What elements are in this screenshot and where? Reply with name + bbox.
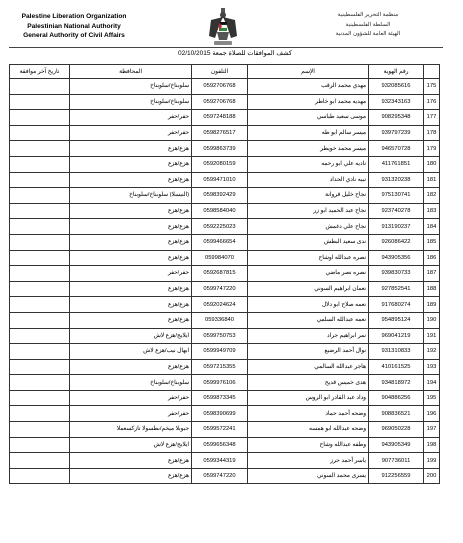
row-number-cell: 177	[424, 110, 440, 126]
phone-number-cell: 0599747220	[192, 468, 248, 484]
id-number-cell: 931320238	[369, 172, 424, 188]
table-row: 199907736011ياسر أحمد حرز0599344319هزع/ه…	[10, 453, 440, 469]
table-row: 177908295348موسى سعيد طباسي0597248188حفر…	[10, 110, 440, 126]
governorate-cell: هزع/هزع	[70, 250, 192, 266]
row-number-cell: 175	[424, 79, 440, 95]
id-number-cell: 954895124	[369, 312, 424, 328]
phone-number-cell: 0599750753	[192, 328, 248, 344]
table-row: 191969041219نمر ابراهيم جراد0599750753اي…	[10, 328, 440, 344]
row-number-cell: 176	[424, 94, 440, 110]
governorate-cell: جبوبلا ميخم/ىطسولا تازكسعملا	[70, 422, 192, 438]
governorate-cell: ابهال نيب/هزع لاش	[70, 344, 192, 360]
phone-number-cell: 0599471010	[192, 172, 248, 188]
governorate-cell: هزع/هزع	[70, 297, 192, 313]
governorate-cell: حفر/حفر	[70, 266, 192, 282]
phone-number-cell: 0599466654	[192, 234, 248, 250]
id-number-cell: 943905356	[369, 250, 424, 266]
governorate-cell: هزع/هزع	[70, 359, 192, 375]
id-number-cell: 931310833	[369, 344, 424, 360]
header-divider	[9, 47, 443, 48]
person-name-cell: يسرى محمد السوني	[248, 468, 369, 484]
governorate-cell: هزع/هزع	[70, 203, 192, 219]
table-row: 186943905356نصره عبدالله اوشاح059984070ه…	[10, 250, 440, 266]
row-number-cell: 196	[424, 406, 440, 422]
row-number-cell: 192	[424, 344, 440, 360]
governorate-cell: هزع/هزع	[70, 141, 192, 157]
person-name-cell: نعمان ابراهيم السوني	[248, 281, 369, 297]
last-approval-date-cell	[10, 266, 70, 282]
person-name-cell: نجاح خليل قروانة	[248, 188, 369, 204]
person-name-cell: نعمه عبدالله السلمي	[248, 312, 369, 328]
governorate-cell: حفر/حفر	[70, 125, 192, 141]
phone-number-cell: 059336840	[192, 312, 248, 328]
table-row: 194934818972هدى خميس قديح0599976106سلوبن…	[10, 375, 440, 391]
row-number-cell: 188	[424, 281, 440, 297]
person-name-cell: مهديه محمد ابو خاطر	[248, 94, 369, 110]
table-row: 195904886256وداد عبد القادر ابو الروس059…	[10, 390, 440, 406]
last-approval-date-cell	[10, 375, 70, 391]
person-name-cell: موسى سعيد طباسي	[248, 110, 369, 126]
phone-number-cell: 0597215355	[192, 359, 248, 375]
row-number-cell: 178	[424, 125, 440, 141]
phone-number-cell: 0598584040	[192, 203, 248, 219]
phone-number-cell: 0598390699	[192, 406, 248, 422]
phone-number-cell: 0592687815	[192, 266, 248, 282]
person-name-cell: هاجر عبدالله السالمي	[248, 359, 369, 375]
header-phone: التلفون	[192, 65, 248, 79]
row-number-cell: 180	[424, 156, 440, 172]
id-number-cell: 932085616	[369, 79, 424, 95]
row-number-cell: 190	[424, 312, 440, 328]
governorate-cell: حفر/حفر	[70, 406, 192, 422]
id-number-cell: 969041219	[369, 328, 424, 344]
last-approval-date-cell	[10, 359, 70, 375]
id-number-cell: 934818972	[369, 375, 424, 391]
id-number-cell: 411761851	[369, 156, 424, 172]
table-row: 185926086422ندى سعيد البطش0599466654هزع/…	[10, 234, 440, 250]
row-number-cell: 184	[424, 219, 440, 235]
org-name-gaca: General Authority of Civil Affairs	[14, 31, 134, 41]
row-number-cell: 193	[424, 359, 440, 375]
last-approval-date-cell	[10, 390, 70, 406]
id-number-cell: 904886256	[369, 390, 424, 406]
last-approval-date-cell	[10, 297, 70, 313]
governorate-cell: (النيسلا) سلوبناخ/سلوبناخ	[70, 188, 192, 204]
governorate-cell: هزع/هزع	[70, 219, 192, 235]
governorate-cell: هزع/هزع	[70, 312, 192, 328]
table-row: 181931320238نبيه نادي الحداد0599471010هز…	[10, 172, 440, 188]
last-approval-date-cell	[10, 125, 70, 141]
row-number-cell: 189	[424, 297, 440, 313]
person-name-cell: نمر ابراهيم جراد	[248, 328, 369, 344]
governorate-cell: ايلايج/هزع لاش	[70, 437, 192, 453]
id-number-cell: 908295348	[369, 110, 424, 126]
table-row: 183923740278نجاح عبد الحميد ابو زر059858…	[10, 203, 440, 219]
header-last-approval-date: تاريخ آخر موافقة	[10, 65, 70, 79]
table-row: 188927852541نعمان ابراهيم السوني05997472…	[10, 281, 440, 297]
governorate-cell: هزع/هزع	[70, 453, 192, 469]
governorate-cell: هزع/هزع	[70, 468, 192, 484]
phone-number-cell: 0592225023	[192, 219, 248, 235]
governorate-cell: حفر/حفر	[70, 390, 192, 406]
document-subtitle: كشف الموافقات للصلاة جمعة 02/10/2015	[100, 49, 370, 57]
letterhead-arabic: منظمة التحرير الفلسطينية السلطة الفلسطين…	[323, 11, 413, 40]
row-number-cell: 198	[424, 437, 440, 453]
letterhead-english: Palestine Liberation Organization Palest…	[14, 12, 134, 41]
person-name-cell: وضحه عبدالله ابو همسه	[248, 422, 369, 438]
governorate-cell: ايلايج/هزع لاش	[70, 328, 192, 344]
row-number-cell: 191	[424, 328, 440, 344]
person-name-cell: ناديه علي ابو رحمه	[248, 156, 369, 172]
phone-number-cell: 0599949709	[192, 344, 248, 360]
last-approval-date-cell	[10, 281, 70, 297]
org-name-plo: Palestine Liberation Organization	[14, 12, 134, 22]
governorate-cell: هزع/هزع	[70, 281, 192, 297]
person-name-cell: ميسر محمد خويطر	[248, 141, 369, 157]
last-approval-date-cell	[10, 250, 70, 266]
last-approval-date-cell	[10, 312, 70, 328]
org-name-pna-ar: السلطة الفلسطينية	[323, 21, 413, 31]
table-row: 187939830733نصره نصر ماضي0592687815حفر/ح…	[10, 266, 440, 282]
last-approval-date-cell	[10, 141, 70, 157]
person-name-cell: وضحه أحمد حماد	[248, 406, 369, 422]
id-number-cell: 939830733	[369, 266, 424, 282]
person-name-cell: ميسر سالم ابو طه	[248, 125, 369, 141]
table-row: 193410161525هاجر عبدالله السالمي05972153…	[10, 359, 440, 375]
last-approval-date-cell	[10, 344, 70, 360]
person-name-cell: ندى سعيد البطش	[248, 234, 369, 250]
table-row: 178939797239ميسر سالم ابو طه0598276517حف…	[10, 125, 440, 141]
table-row: 196908836521وضحه أحمد حماد0598390699حفر/…	[10, 406, 440, 422]
table-row: 189917680274نعمه صلاح ابو دلال0592024624…	[10, 297, 440, 313]
table-row: 175932085616مهدي محمد الرقب0592706768سلو…	[10, 79, 440, 95]
person-name-cell: هدى خميس قديح	[248, 375, 369, 391]
last-approval-date-cell	[10, 203, 70, 219]
person-name-cell: نصره عبدالله اوشاح	[248, 250, 369, 266]
org-name-gaca-ar: الهيئة العامة للشؤون المدنية	[323, 30, 413, 40]
phone-number-cell: 0599747220	[192, 281, 248, 297]
id-number-cell: 943905349	[369, 437, 424, 453]
id-number-cell: 907736011	[369, 453, 424, 469]
person-name-cell: نجاح علي دغمش	[248, 219, 369, 235]
header-governorate: المحافظة	[70, 65, 192, 79]
phone-number-cell: 0599344319	[192, 453, 248, 469]
last-approval-date-cell	[10, 156, 70, 172]
id-number-cell: 927852541	[369, 281, 424, 297]
governorate-cell: سلوبناخ/سلوبناخ	[70, 375, 192, 391]
row-number-cell: 181	[424, 172, 440, 188]
id-number-cell: 969050228	[369, 422, 424, 438]
person-name-cell: نبيه نادي الحداد	[248, 172, 369, 188]
phone-number-cell: 059984070	[192, 250, 248, 266]
row-number-cell: 194	[424, 375, 440, 391]
last-approval-date-cell	[10, 219, 70, 235]
table-row: 198943905349وطفه عبدالله وشاح0599656348ا…	[10, 437, 440, 453]
row-number-cell: 183	[424, 203, 440, 219]
row-number-cell: 185	[424, 234, 440, 250]
governorate-cell: هزع/هزع	[70, 234, 192, 250]
id-number-cell: 912256559	[369, 468, 424, 484]
org-name-pna: Palestinian National Authority	[14, 22, 134, 32]
row-number-cell: 186	[424, 250, 440, 266]
last-approval-date-cell	[10, 406, 70, 422]
governorate-cell: هزع/هزع	[70, 156, 192, 172]
table-header-row: رقم الهوية الإسم التلفون المحافظة تاريخ …	[10, 65, 440, 79]
table-row: 176932343163مهديه محمد ابو خاطر059270676…	[10, 94, 440, 110]
row-number-cell: 199	[424, 453, 440, 469]
table-row: 182975130741نجاح خليل قروانة0598392429(ا…	[10, 188, 440, 204]
row-number-cell: 195	[424, 390, 440, 406]
table-row: 184913190237نجاح علي دغمش0592225023هزع/ه…	[10, 219, 440, 235]
table-row: 200912256559يسرى محمد السوني0599747220هز…	[10, 468, 440, 484]
row-number-cell: 182	[424, 188, 440, 204]
table-row: 192931310833نوال أحمد الرضيع0599949709اب…	[10, 344, 440, 360]
org-name-plo-ar: منظمة التحرير الفلسطينية	[323, 11, 413, 21]
last-approval-date-cell	[10, 94, 70, 110]
last-approval-date-cell	[10, 422, 70, 438]
phone-number-cell: 0599656348	[192, 437, 248, 453]
last-approval-date-cell	[10, 234, 70, 250]
phone-number-cell: 0592706768	[192, 79, 248, 95]
phone-number-cell: 0597248188	[192, 110, 248, 126]
last-approval-date-cell	[10, 172, 70, 188]
phone-number-cell: 0599873345	[192, 390, 248, 406]
approvals-table: رقم الهوية الإسم التلفون المحافظة تاريخ …	[9, 64, 440, 484]
phone-number-cell: 0599976106	[192, 375, 248, 391]
person-name-cell: نعمه صلاح ابو دلال	[248, 297, 369, 313]
id-number-cell: 932343163	[369, 94, 424, 110]
table-row: 197969050228وضحه عبدالله ابو همسه0599572…	[10, 422, 440, 438]
table-row: 180411761851ناديه علي ابو رحمه0592080159…	[10, 156, 440, 172]
last-approval-date-cell	[10, 188, 70, 204]
phone-number-cell: 0599863739	[192, 141, 248, 157]
header-id: رقم الهوية	[369, 65, 424, 79]
id-number-cell: 913190237	[369, 219, 424, 235]
governorate-cell: هزع/هزع	[70, 172, 192, 188]
row-number-cell: 187	[424, 266, 440, 282]
last-approval-date-cell	[10, 453, 70, 469]
person-name-cell: وطفه عبدالله وشاح	[248, 437, 369, 453]
last-approval-date-cell	[10, 328, 70, 344]
last-approval-date-cell	[10, 79, 70, 95]
person-name-cell: مهدي محمد الرقب	[248, 79, 369, 95]
row-number-cell: 179	[424, 141, 440, 157]
table-row: 179946570728ميسر محمد خويطر0599863739هزع…	[10, 141, 440, 157]
id-number-cell: 939797239	[369, 125, 424, 141]
phone-number-cell: 0598276517	[192, 125, 248, 141]
last-approval-date-cell	[10, 437, 70, 453]
id-number-cell: 975130741	[369, 188, 424, 204]
id-number-cell: 946570728	[369, 141, 424, 157]
governorate-cell: حفر/حفر	[70, 110, 192, 126]
last-approval-date-cell	[10, 468, 70, 484]
phone-number-cell: 0599572241	[192, 422, 248, 438]
id-number-cell: 926086422	[369, 234, 424, 250]
phone-number-cell: 0592706768	[192, 94, 248, 110]
person-name-cell: نوال أحمد الرضيع	[248, 344, 369, 360]
last-approval-date-cell	[10, 110, 70, 126]
header-name: الإسم	[248, 65, 369, 79]
table-row: 190954895124نعمه عبدالله السلمي059336840…	[10, 312, 440, 328]
person-name-cell: نصره نصر ماضي	[248, 266, 369, 282]
governorate-cell: سلوبناخ/سلوبناخ	[70, 94, 192, 110]
governorate-cell: سلوبناخ/سلوبناخ	[70, 79, 192, 95]
person-name-cell: وداد عبد القادر ابو الروس	[248, 390, 369, 406]
id-number-cell: 410161525	[369, 359, 424, 375]
phone-number-cell: 0598392429	[192, 188, 248, 204]
row-number-cell: 197	[424, 422, 440, 438]
phone-number-cell: 0592024624	[192, 297, 248, 313]
person-name-cell: نجاح عبد الحميد ابو زر	[248, 203, 369, 219]
header-num	[424, 65, 440, 79]
id-number-cell: 923740278	[369, 203, 424, 219]
emblem-icon	[209, 8, 237, 48]
id-number-cell: 908836521	[369, 406, 424, 422]
row-number-cell: 200	[424, 468, 440, 484]
phone-number-cell: 0592080159	[192, 156, 248, 172]
person-name-cell: ياسر أحمد حرز	[248, 453, 369, 469]
id-number-cell: 917680274	[369, 297, 424, 313]
